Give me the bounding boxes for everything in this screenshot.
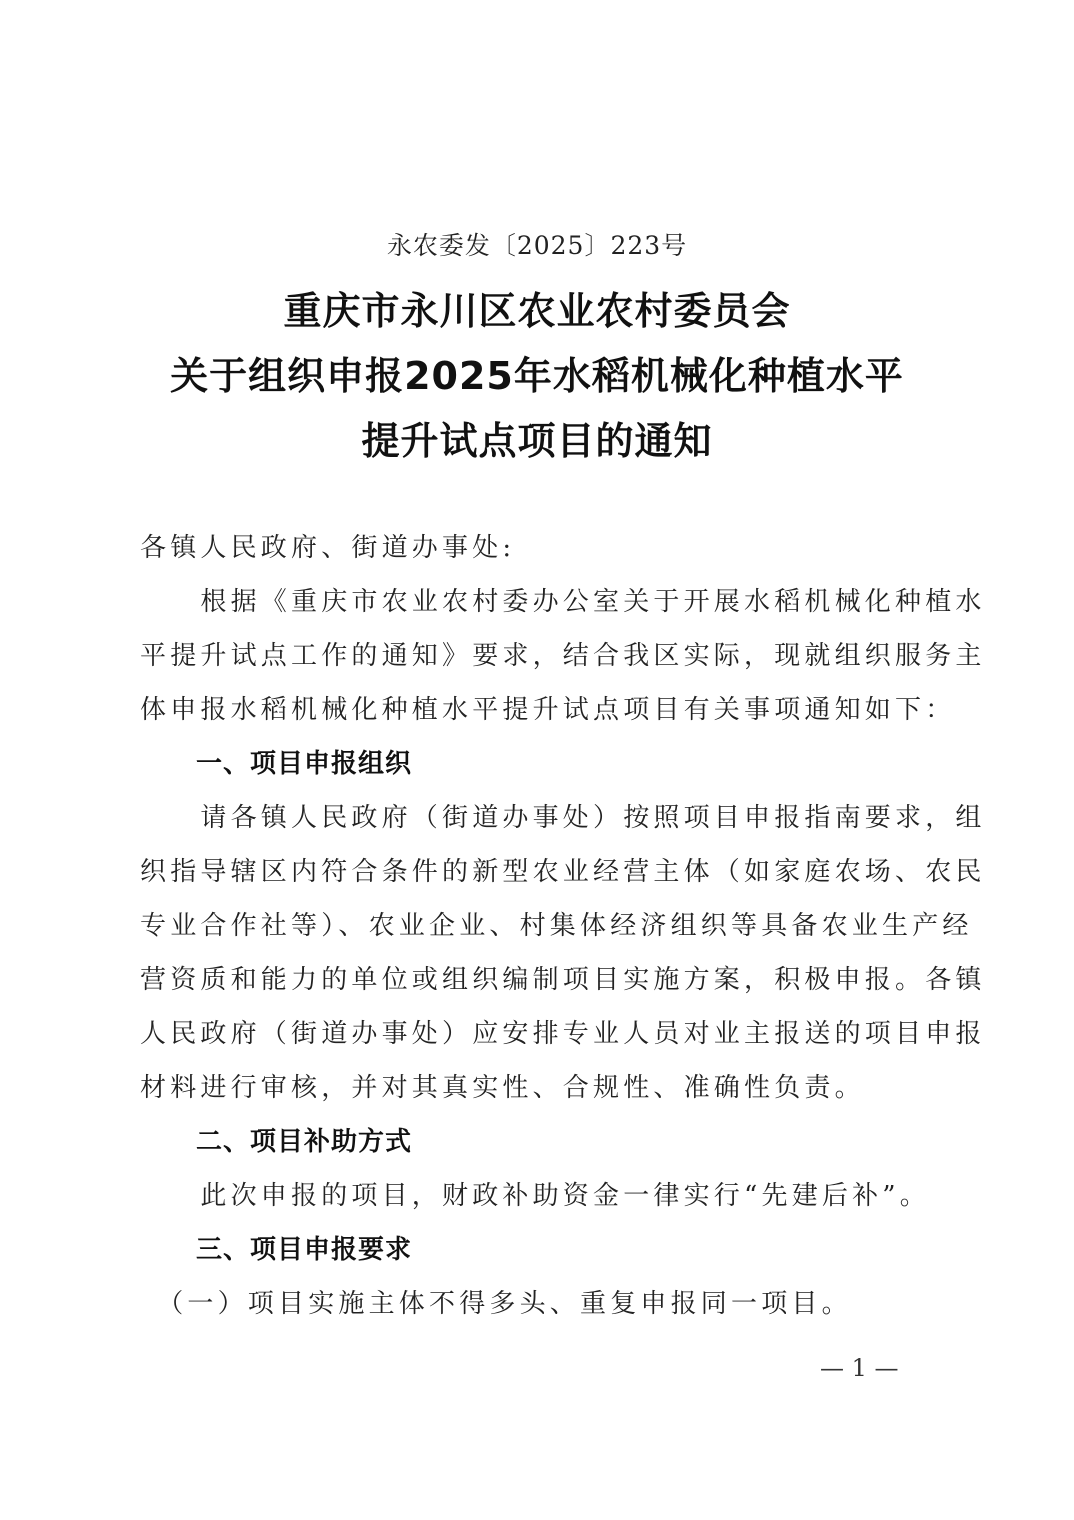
title-line-3: 提升试点项目的通知 — [0, 410, 1074, 465]
page-number: — 1 — — [820, 1354, 899, 1382]
section-1-line: 人民政府（街道办事处）应安排专业人员对业主报送的项目申报 — [140, 1013, 940, 1050]
intro-line: 根据《重庆市农业农村委办公室关于开展水稻机械化种植水 — [140, 581, 940, 618]
intro-line: 体申报水稻机械化种植水平提升试点项目有关事项通知如下： — [140, 689, 940, 726]
section-1-line: 织指导辖区内符合条件的新型农业经营主体（如家庭农场、农民 — [140, 851, 940, 888]
section-2-line: 此次申报的项目，财政补助资金一律实行“先建后补”。 — [140, 1175, 940, 1212]
document-number: 永农委发〔2025〕223号 — [0, 226, 1074, 262]
section-3-line: （一）项目实施主体不得多头、重复申报同一项目。 — [140, 1283, 940, 1320]
section-1-line: 材料进行审核，并对其真实性、合规性、准确性负责。 — [140, 1067, 940, 1104]
title-line-1: 重庆市永川区农业农村委员会 — [0, 280, 1074, 335]
salutation: 各镇人民政府、街道办事处: — [140, 527, 940, 564]
intro-line: 平提升试点工作的通知》要求，结合我区实际，现就组织服务主 — [140, 635, 940, 672]
section-heading-1: 一、项目申报组织 — [196, 743, 412, 780]
section-1-line: 专业合作社等）、农业企业、村集体经济组织等具备农业生产经 — [140, 905, 940, 942]
section-1-line: 营资质和能力的单位或组织编制项目实施方案，积极申报。各镇 — [140, 959, 940, 996]
section-heading-3: 三、项目申报要求 — [196, 1229, 412, 1266]
section-heading-2: 二、项目补助方式 — [196, 1121, 412, 1158]
title-line-2: 关于组织申报2025年水稻机械化种植水平 — [0, 345, 1074, 400]
section-1-line: 请各镇人民政府（街道办事处）按照项目申报指南要求，组 — [140, 797, 940, 834]
